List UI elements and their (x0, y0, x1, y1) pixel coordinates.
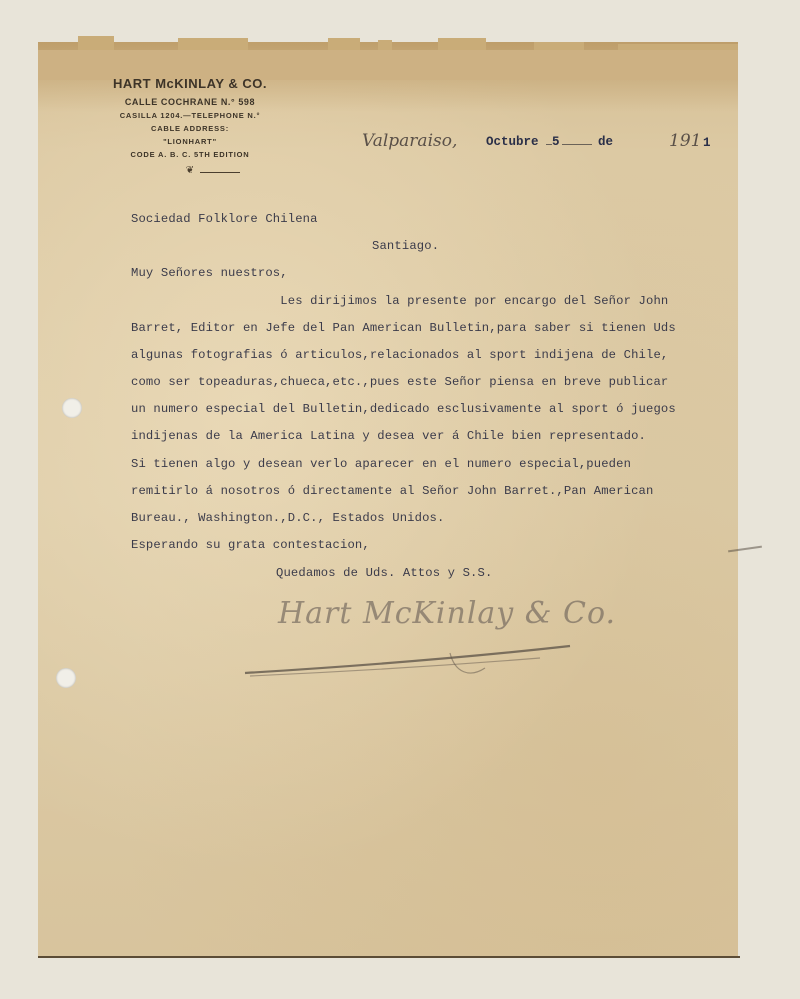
body-line: indijenas de la America Latina y desea v… (131, 429, 646, 443)
paper-bottom-edge (38, 956, 740, 958)
dateline-city: Valparaiso, (362, 131, 457, 151)
body-line: como ser topeaduras,chueca,etc.,pues est… (131, 375, 668, 389)
dateline-month: Octubre (486, 135, 539, 149)
body-line: remitirlo á nosotros ó directamente al S… (131, 484, 653, 498)
signature-flourish-icon (240, 618, 600, 688)
body-line: algunas fotografias ó articulos,relacion… (131, 348, 668, 362)
salutation: Muy Señores nuestros, (131, 266, 288, 280)
valediction: Quedamos de Uds. Attos y S.S. (276, 566, 492, 580)
body-line: Si tienen algo y desean verlo aparecer e… (131, 457, 631, 471)
letterhead: HART McKINLAY & CO. CALLE COCHRANE N.° 5… (80, 76, 300, 176)
dateline-rule (562, 144, 592, 145)
letter-paper (38, 42, 738, 957)
tear-fragment (178, 38, 248, 50)
body-line: Barret, Editor en Jefe del Pan American … (131, 321, 676, 335)
punch-hole-lower (56, 668, 76, 688)
street-address: CALLE COCHRANE N.° 598 (80, 97, 300, 107)
closing-line: Esperando su grata contestacion, (131, 538, 370, 552)
cable-label: CABLE ADDRESS: (80, 124, 300, 133)
company-name: HART McKINLAY & CO. (80, 76, 300, 91)
tear-fragment (328, 38, 360, 50)
body-line: Les dirijimos la presente por encargo de… (131, 294, 668, 308)
dateline-de: de (598, 135, 613, 149)
tear-fragment (378, 40, 392, 50)
tear-fragment (78, 36, 114, 50)
casilla-telephone: CASILLA 1204.—TELEPHONE N.° (80, 111, 300, 120)
code-edition: CODE A. B. C. 5TH EDITION (80, 150, 300, 159)
recipient-city: Santiago. (372, 239, 439, 253)
dateline-year-printed: 191 (669, 131, 701, 151)
dateline-year-typed: 1 (703, 136, 711, 150)
tear-fragment (438, 38, 486, 50)
letterhead-rule (200, 172, 240, 173)
dateline-day: 5 (552, 135, 560, 149)
recipient-name: Sociedad Folklore Chilena (131, 212, 318, 226)
body-line: un numero especial del Bulletin,dedicado… (131, 402, 676, 416)
torn-top-edge (38, 30, 738, 80)
cable-address: "LIONHART" (80, 137, 300, 146)
dateline: Valparaiso, Octubre 5 de 191 1 (362, 131, 742, 155)
punch-hole-upper (62, 398, 82, 418)
fleuron-ornament-icon: ❦ (80, 165, 300, 176)
body-line: Bureau., Washington.,D.C., Estados Unido… (131, 511, 444, 525)
